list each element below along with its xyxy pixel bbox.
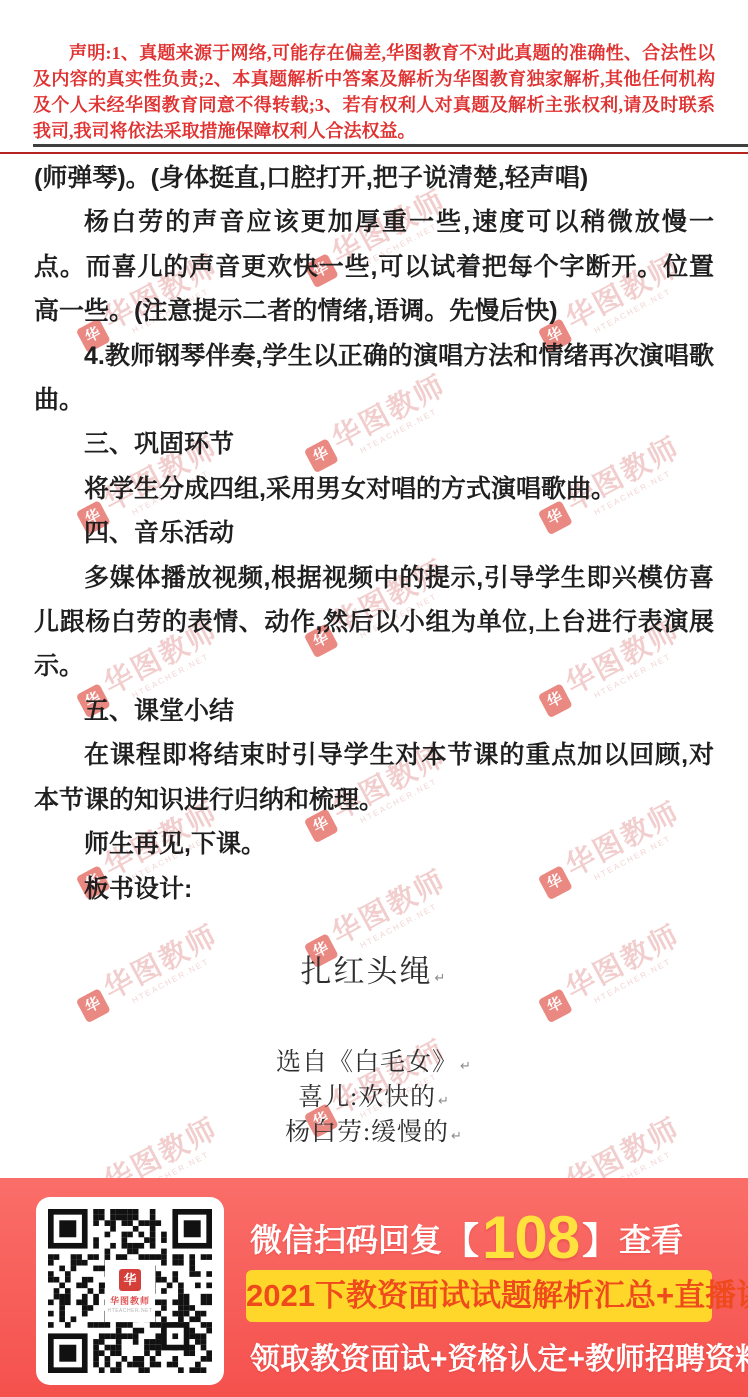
wechat-scan-suffix: 查看 bbox=[619, 1215, 683, 1261]
body-paragraph-section-heading: 三、巩固环节 bbox=[34, 422, 714, 466]
wechat-scan-line: 微信扫码回复【108】查看 bbox=[250, 1206, 683, 1270]
body-paragraph: 杨白劳的声音应该更加厚重一些,速度可以稍微放慢一点。而喜儿的声音更欢快一些,可以… bbox=[34, 200, 714, 333]
bracket-close: 】 bbox=[582, 1213, 618, 1264]
reply-code: 108 bbox=[482, 1208, 579, 1268]
bracket-open: 【 bbox=[443, 1213, 479, 1264]
separator-line-red bbox=[0, 152, 748, 154]
board-line: 喜儿:欢快的↵ bbox=[0, 1082, 748, 1117]
body-paragraph-section-heading: 五、课堂小结 bbox=[34, 689, 714, 733]
highlight-banner: 2021下教资面试试题解析汇总+直播讲解 bbox=[246, 1270, 712, 1322]
lesson-plan-body: (师弹琴)。(身体挺直,口腔打开,把子说清楚,轻声唱) 杨白劳的声音应该更加厚重… bbox=[34, 156, 714, 911]
qr-center-logo: 华 华图教师 HTEACHER.NET bbox=[105, 1260, 155, 1322]
huatu-logo-icon: 华 bbox=[119, 1269, 141, 1291]
qr-logo-text: 华图教师 bbox=[110, 1294, 150, 1307]
board-title: 扎红头绳↵ bbox=[0, 952, 748, 999]
body-paragraph: 师生再见,下课。 bbox=[34, 822, 714, 866]
promo-texts: 微信扫码回复【108】查看 2021下教资面试试题解析汇总+直播讲解 领取教资面… bbox=[246, 1178, 724, 1397]
document-page: 华华图教师HTEACHER.NET华华图教师HTEACHER.NET华华图教师H… bbox=[0, 0, 748, 1397]
paragraph-return-mark: ↵ bbox=[438, 1094, 450, 1109]
body-paragraph: (师弹琴)。(身体挺直,口腔打开,把子说清楚,轻声唱) bbox=[34, 156, 714, 200]
body-paragraph: 多媒体播放视频,根据视频中的提示,引导学生即兴模仿喜儿跟杨白劳的表情、动作,然后… bbox=[34, 556, 714, 689]
qr-code: 华 华图教师 HTEACHER.NET bbox=[36, 1197, 224, 1385]
paragraph-return-mark: ↵ bbox=[460, 1059, 472, 1074]
board-line: 杨白劳:缓慢的↵ bbox=[0, 1117, 748, 1152]
body-paragraph-section-heading: 四、音乐活动 bbox=[34, 511, 714, 555]
body-paragraph: 在课程即将结束时引导学生对本节课的重点加以回顾,对本节课的知识进行归纳和梳理。 bbox=[34, 733, 714, 822]
separator-line-dark bbox=[33, 144, 748, 147]
promo-banner: 华 华图教师 HTEACHER.NET 微信扫码回复【108】查看 2021下教… bbox=[0, 1178, 748, 1397]
wechat-scan-prefix: 微信扫码回复 bbox=[250, 1215, 442, 1261]
qr-logo-subtext: HTEACHER.NET bbox=[108, 1308, 153, 1314]
body-paragraph-board-label: 板书设计: bbox=[34, 867, 714, 911]
disclaimer-label: 声明: bbox=[69, 43, 112, 63]
paragraph-return-mark: ↵ bbox=[451, 1129, 463, 1144]
body-paragraph: 4.教师钢琴伴奏,学生以正确的演唱方法和情绪再次演唱歌曲。 bbox=[34, 334, 714, 423]
body-paragraph: 将学生分成四组,采用男女对唱的方式演唱歌曲。 bbox=[34, 467, 714, 511]
paragraph-return-mark: ↵ bbox=[435, 971, 448, 986]
disclaimer: 声明:1、真题来源于网络,可能存在偏差,华图教育不对此真题的准确性、合法性以及内… bbox=[33, 40, 715, 144]
board-design: 扎红头绳↵ 选自《白毛女》↵ 喜儿:欢快的↵ 杨白劳:缓慢的↵ bbox=[0, 952, 748, 1152]
materials-line: 领取教资面试+资格认定+教师招聘资料 bbox=[250, 1334, 748, 1378]
disclaimer-text: 1、真题来源于网络,可能存在偏差,华图教育不对此真题的准确性、合法性以及内容的真… bbox=[33, 43, 715, 141]
board-line: 选自《白毛女》↵ bbox=[0, 1047, 748, 1082]
